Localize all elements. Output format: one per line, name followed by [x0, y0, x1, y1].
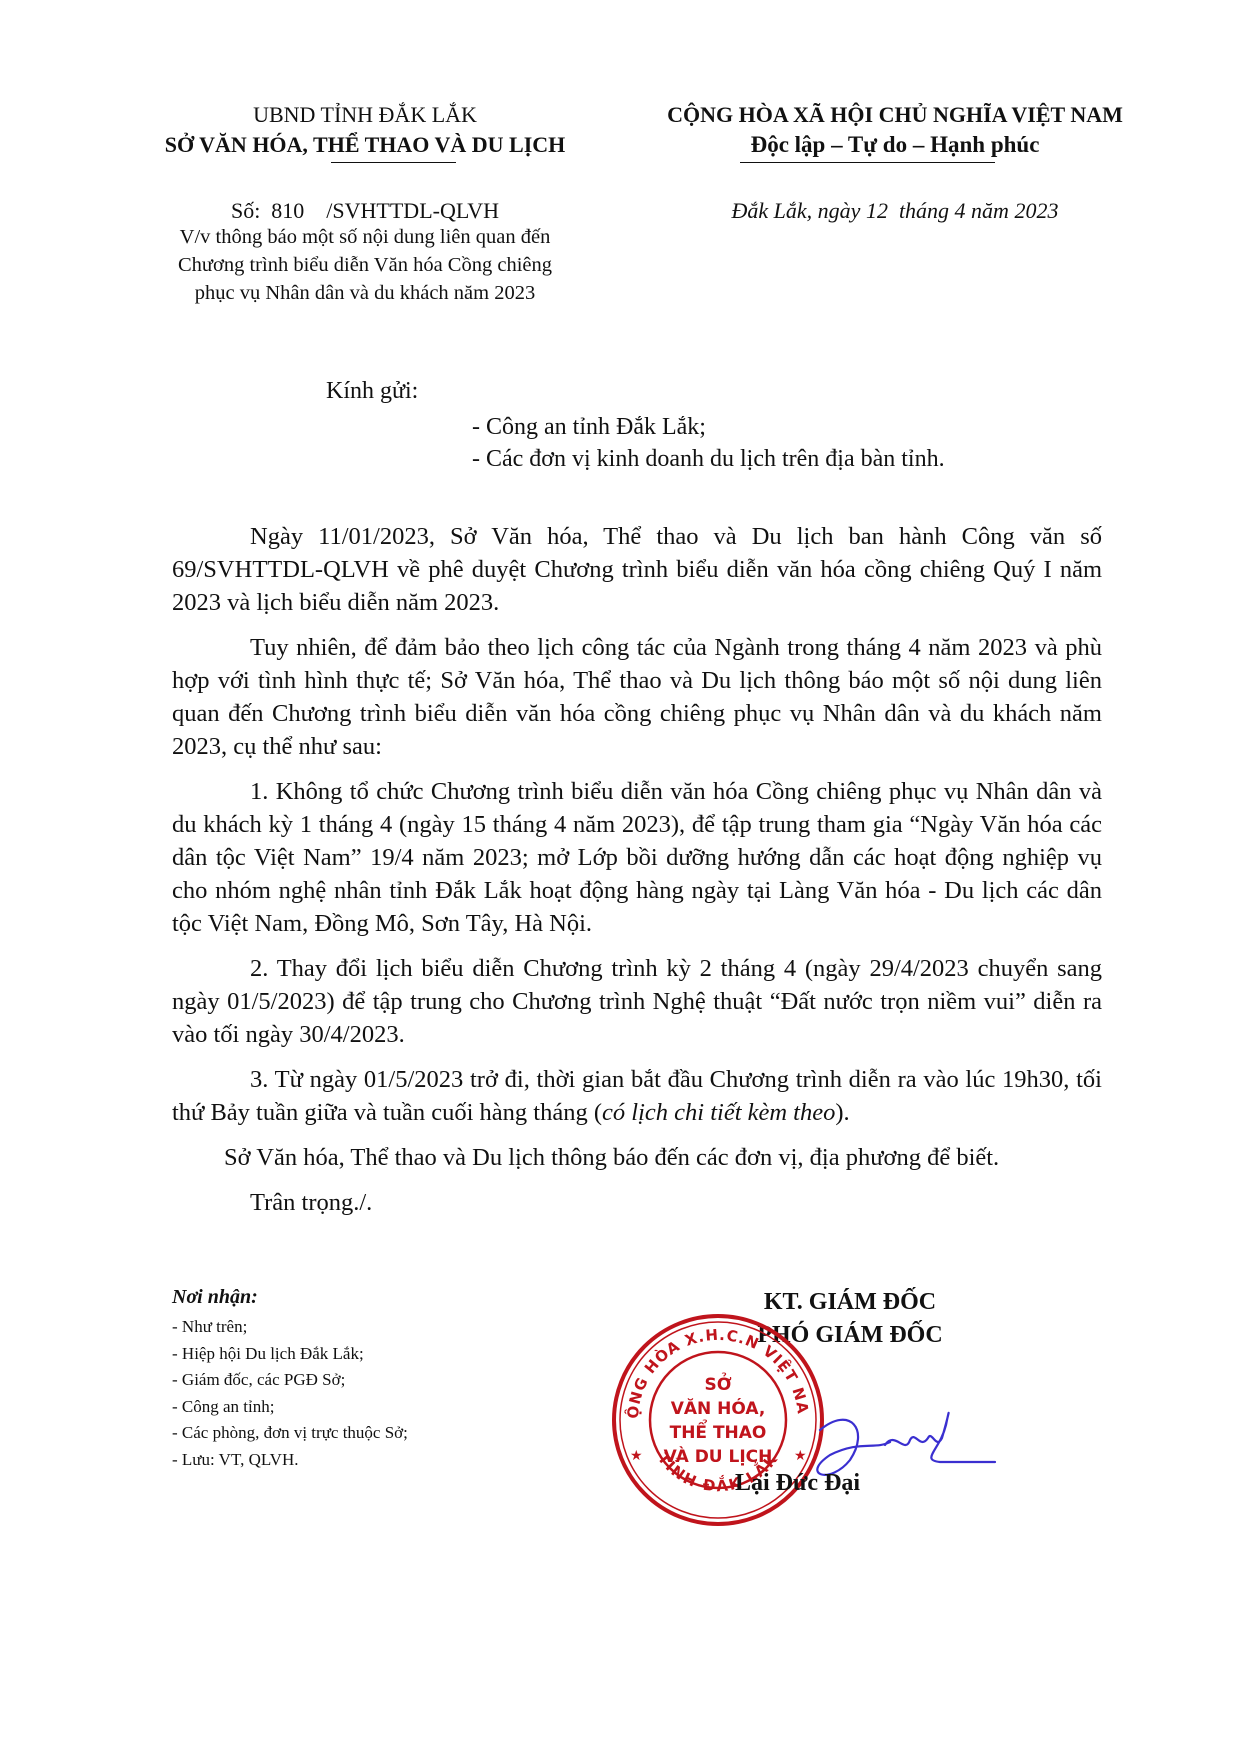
document-body: Ngày 11/01/2023, Sở Văn hóa, Thể thao và… [172, 520, 1102, 1231]
paragraph-intro: Ngày 11/01/2023, Sở Văn hóa, Thể thao và… [172, 520, 1102, 619]
paragraph-context: Tuy nhiên, để đảm bảo theo lịch công tác… [172, 631, 1102, 763]
motto-underline [740, 162, 995, 163]
item-3: 3. Từ ngày 01/5/2023 trở đi, thời gian b… [172, 1063, 1102, 1129]
national-motto: Độc lập – Tự do – Hạnh phúc [600, 130, 1190, 160]
distribution-item: - Giám đốc, các PGĐ Sở; [172, 1367, 408, 1394]
svg-text:VÀ DU LỊCH: VÀ DU LỊCH [664, 1445, 773, 1467]
national-header-block: CỘNG HÒA XÃ HỘI CHỦ NGHĨA VIỆT NAM Độc l… [600, 100, 1190, 163]
distribution-item: - Các phòng, đơn vị trực thuộc Sở; [172, 1420, 408, 1447]
subject-line: phục vụ Nhân dân và du khách năm 2023 [130, 279, 600, 307]
recipient-item: - Công an tỉnh Đắk Lắk; [472, 414, 706, 441]
issuing-authority-block: UBND TỈNH ĐẮK LẮK SỞ VĂN HÓA, THỂ THAO V… [130, 100, 600, 163]
item-2: 2. Thay đổi lịch biểu diễn Chương trình … [172, 952, 1102, 1051]
department-name: SỞ VĂN HÓA, THỂ THAO VÀ DU LỊCH [130, 130, 600, 160]
document-number: Số: 810 /SVHTTDL-QLVH [130, 197, 600, 224]
closing-sentence: Sở Văn hóa, Thể thao và Du lịch thông bá… [172, 1141, 1102, 1174]
svg-text:VĂN HÓA,: VĂN HÓA, [671, 1397, 766, 1419]
svg-text:THỂ THAO: THỂ THAO [670, 1418, 767, 1443]
distribution-item: - Lưu: VT, QLVH. [172, 1447, 408, 1474]
subject-line: V/v thông báo một số nội dung liên quan … [130, 223, 600, 251]
authority-name: UBND TỈNH ĐẮK LẮK [130, 100, 600, 130]
regards: Trân trọng./. [172, 1186, 1102, 1219]
svg-text:SỞ: SỞ [704, 1371, 731, 1395]
item-3-end: ). [835, 1099, 849, 1126]
item-3-note: có lịch chi tiết kèm theo [602, 1099, 835, 1126]
document-subject: V/v thông báo một số nội dung liên quan … [130, 223, 600, 307]
greeting: Kính gửi: [326, 378, 418, 405]
subject-line: Chương trình biểu diễn Văn hóa Cồng chiê… [130, 251, 600, 279]
distribution-title: Nơi nhận: [172, 1286, 258, 1309]
item-1: 1. Không tổ chức Chương trình biểu diễn … [172, 775, 1102, 940]
national-title: CỘNG HÒA XÃ HỘI CHỦ NGHĨA VIỆT NAM [600, 100, 1190, 130]
place-date: Đắk Lắk, ngày 12 tháng 4 năm 2023 [600, 198, 1190, 224]
svg-text:★: ★ [630, 1448, 643, 1464]
distribution-item: - Hiệp hội Du lịch Đắk Lắk; [172, 1341, 408, 1368]
distribution-item: - Công an tỉnh; [172, 1394, 408, 1421]
distribution-list: - Như trên; - Hiệp hội Du lịch Đắk Lắk; … [172, 1314, 408, 1473]
department-underline [331, 162, 456, 163]
distribution-item: - Như trên; [172, 1314, 408, 1341]
signer-name: Lại Đức Đại [735, 1470, 860, 1497]
recipient-item: - Các đơn vị kinh doanh du lịch trên địa… [472, 446, 945, 473]
